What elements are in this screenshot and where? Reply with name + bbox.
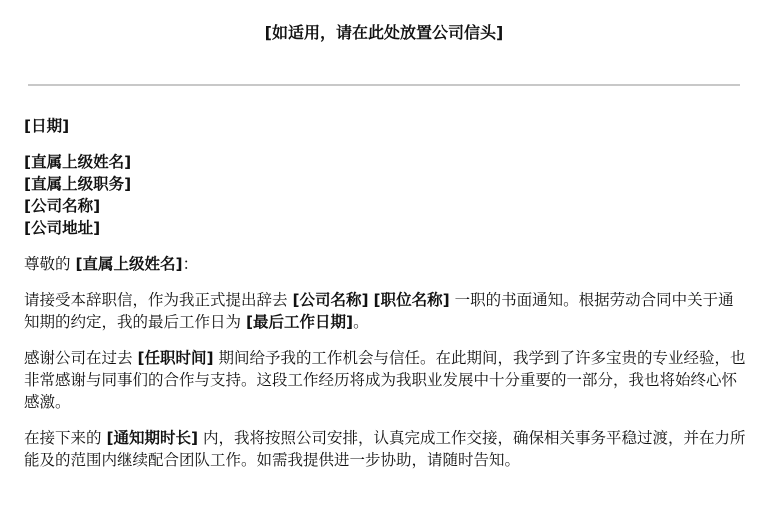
placeholder-position-name: [职位名称]	[374, 291, 450, 309]
text-segment: 在接下来的	[24, 429, 106, 447]
paragraph-handover: 在接下来的 [通知期时长] 内，我将按照公司安排，认真完成工作交接，确保相关事务…	[24, 427, 748, 471]
placeholder-last-day: [最后工作日期]	[246, 313, 353, 331]
recipient-name: [直属上级姓名]	[24, 151, 748, 173]
salutation: 尊敬的 [直属上级姓名]：	[24, 253, 748, 275]
recipient-company: [公司名称]	[24, 195, 748, 217]
text-segment: 感谢公司在过去	[24, 349, 137, 367]
placeholder-tenure: [任职时间]	[137, 349, 213, 367]
recipient-title: [直属上级职务]	[24, 173, 748, 195]
salutation-name: [直属上级姓名]	[75, 255, 182, 273]
salutation-suffix: ：	[183, 255, 199, 273]
salutation-prefix: 尊敬的	[24, 255, 75, 273]
placeholder-notice-period: [通知期时长]	[106, 429, 198, 447]
recipient-address: [公司地址]	[24, 217, 748, 239]
date-placeholder: [日期]	[24, 115, 748, 137]
paragraph-gratitude: 感谢公司在过去 [任职时间] 期间给予我的工作机会与信任。在此期间，我学到了许多…	[24, 347, 748, 413]
letterhead-placeholder: [如适用，请在此处放置公司信头]	[0, 22, 768, 44]
letter-body: [日期] [直属上级姓名] [直属上级职务] [公司名称] [公司地址] 尊敬的…	[24, 115, 748, 485]
paragraph-resignation-notice: 请接受本辞职信，作为我正式提出辞去 [公司名称] [职位名称] 一职的书面通知。…	[24, 289, 748, 333]
header-divider	[28, 84, 740, 86]
placeholder-company-name: [公司名称]	[292, 291, 368, 309]
recipient-block: [直属上级姓名] [直属上级职务] [公司名称] [公司地址]	[24, 151, 748, 239]
text-segment: 。	[353, 313, 369, 331]
text-segment: 请接受本辞职信，作为我正式提出辞去	[24, 291, 292, 309]
